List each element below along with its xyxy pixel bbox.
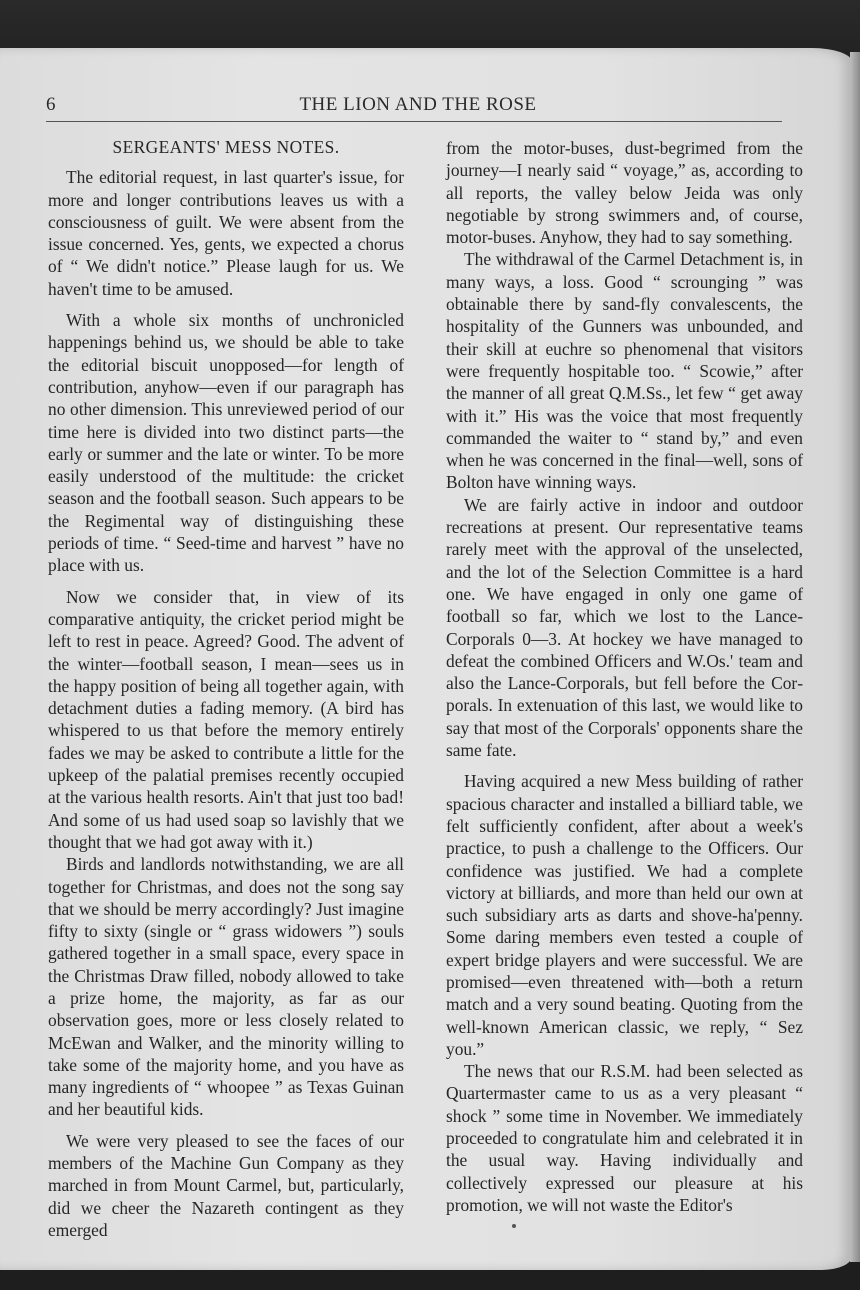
running-head: 6 THE LION AND THE ROSE [46,94,790,118]
paragraph: Birds and landlords notwithstanding, we … [48,853,404,1121]
journal-title: THE LION AND THE ROSE [46,94,790,116]
right-column: from the motor-buses, dust-begrimed from… [446,137,803,1216]
article-title: SERGEANTS' MESS NOTES. [48,136,404,158]
paragraph: The news that our R.S.M. had been select… [446,1060,803,1216]
paragraph: The withdrawal of the Carmel Detach­ment… [446,248,803,493]
paragraph: With a whole six months of un­chronicled… [48,309,404,577]
left-column: SERGEANTS' MESS NOTES. The editorial req… [48,136,404,1241]
paragraph: The editorial request, in last quarter's… [48,166,404,300]
paragraph: We were very pleased to see the faces of… [48,1130,404,1241]
paragraph: Having acquired a new Mess building of r… [446,770,803,1060]
page-edge-shadow [850,52,860,1262]
paper-speck [512,1224,516,1228]
paragraph: We are fairly active in indoor and out­d… [446,494,803,762]
paragraph: Now we consider that, in view of its com… [48,586,404,854]
header-rule [46,121,782,122]
paragraph-continued: from the motor-buses, dust-begrimed from… [446,137,803,248]
